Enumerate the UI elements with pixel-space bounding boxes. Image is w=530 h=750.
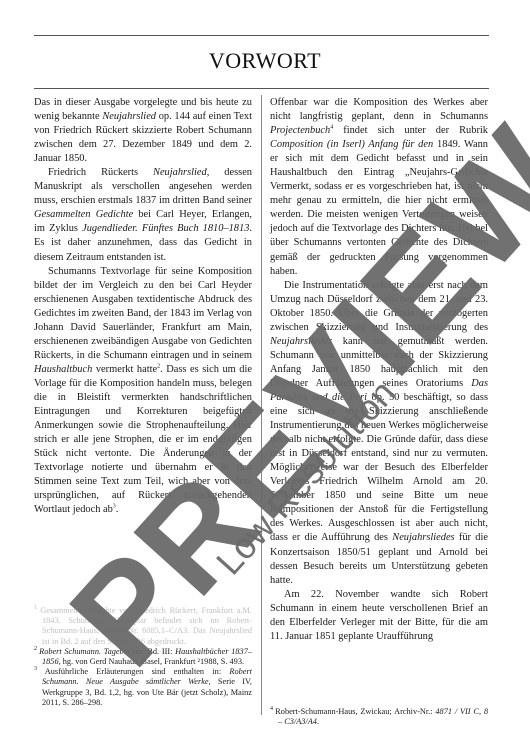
left-footnotes: 1 Gesammelte Gedichte von Friedrich Rück… — [34, 606, 252, 708]
title-rule-top — [34, 35, 489, 36]
document-page: VORWORT Das in dieser Ausgabe vorgelegte… — [0, 0, 530, 750]
left-paragraph-3: Schumanns Textvorlage für seine Komposit… — [34, 265, 252, 518]
left-footnote-3: 3 Ausführliche Erläuterungen sind enthal… — [34, 667, 252, 708]
title-rule-bottom — [34, 88, 489, 89]
left-paragraph-2: Friedrich Rückerts Neujahrslied, dessen … — [34, 166, 252, 264]
right-column-text: Offenbar war die Komposition des Werkes … — [270, 96, 488, 644]
left-footnote-1: 1 Gesammelte Gedichte von Friedrich Rück… — [34, 606, 252, 647]
left-column-text: Das in dieser Ausgabe vorgelegte und bis… — [34, 96, 252, 517]
right-footnotes: 4 Robert-Schumann-Haus, Zwickau; Archiv-… — [270, 707, 488, 727]
left-footnote-2: 2 Robert Schumann. Tagebücher, Bd. III: … — [34, 647, 252, 667]
right-footnote-4: 4 Robert-Schumann-Haus, Zwickau; Archiv-… — [270, 707, 488, 727]
right-paragraph-3: Am 22. November wandte sich Robert Schum… — [270, 588, 488, 644]
column-divider — [261, 95, 262, 715]
page-title: VORWORT — [0, 48, 530, 74]
right-paragraph-2: Die Instrumentation erfolgte aber erst n… — [270, 279, 488, 588]
right-paragraph-1: Offenbar war die Komposition des Werkes … — [270, 96, 488, 279]
left-paragraph-1: Das in dieser Ausgabe vorgelegte und bis… — [34, 96, 252, 166]
